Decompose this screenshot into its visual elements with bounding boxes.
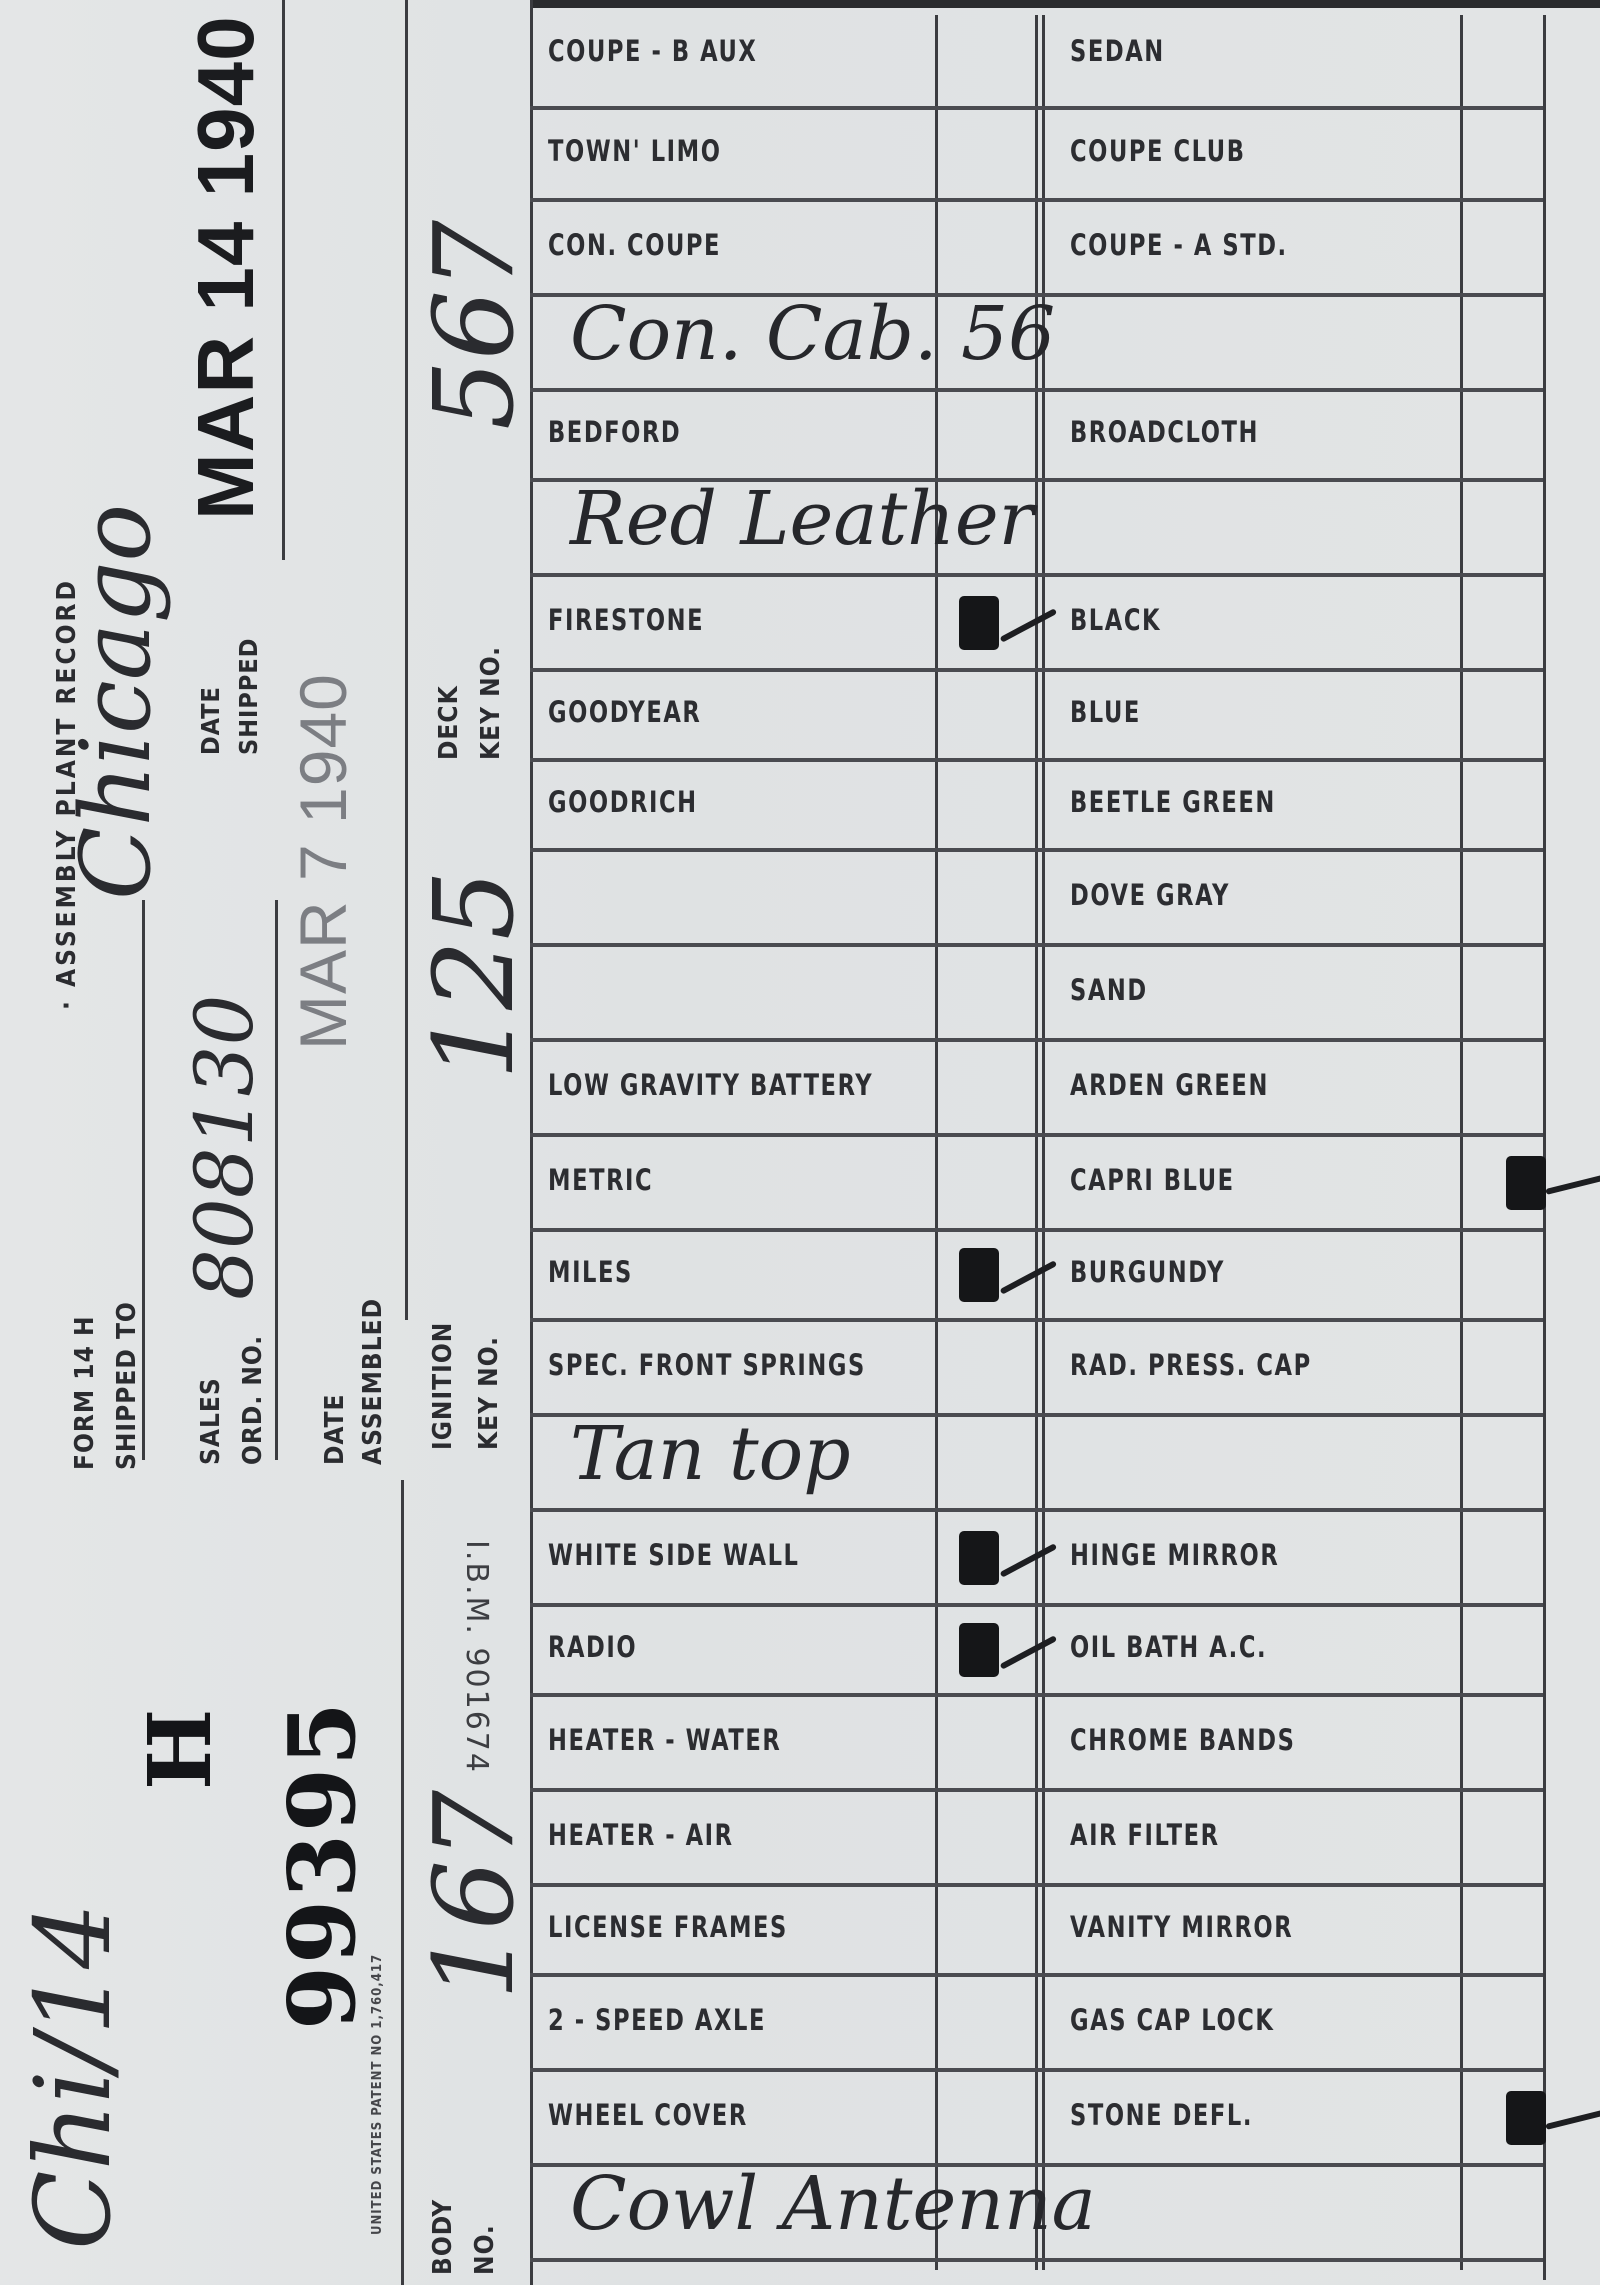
option-label-right: COUPE - A STD. bbox=[1070, 228, 1288, 262]
sales-ord-value: 808130 bbox=[178, 995, 271, 1300]
option-checkbox-left[interactable] bbox=[935, 1135, 1035, 1230]
rule-sales-order bbox=[275, 900, 278, 1460]
option-checkbox-left[interactable] bbox=[935, 760, 1035, 850]
deck-key-value: 125 bbox=[410, 870, 538, 1080]
option-label-right: GAS CAP LOCK bbox=[1070, 2003, 1274, 2037]
option-row: HEATER - AIRAIR FILTER bbox=[530, 1790, 1560, 1885]
option-checkbox-left[interactable] bbox=[935, 1605, 1035, 1695]
sales-ord-label: SALES bbox=[196, 1377, 226, 1465]
assembly-plant-record-card: FORM 14 H SHIPPED TO · ASSEMBLY PLANT RE… bbox=[0, 0, 1600, 2285]
option-label-right: ARDEN GREEN bbox=[1070, 1068, 1269, 1102]
shipped-to-value: Chicago bbox=[60, 504, 172, 900]
checkmark-filled-icon bbox=[1506, 1156, 1546, 1210]
body-no-label-2: NO. bbox=[470, 2224, 500, 2275]
option-label-right: DOVE GRAY bbox=[1070, 878, 1230, 912]
option-label-left: MILES bbox=[548, 1255, 633, 1289]
option-checkbox-right[interactable] bbox=[1460, 1790, 1543, 1885]
option-label-right: BEETLE GREEN bbox=[1070, 785, 1276, 819]
handwritten-note: Red Leather bbox=[570, 476, 1034, 562]
option-row: LOW GRAVITY BATTERYARDEN GREEN bbox=[530, 1040, 1560, 1135]
option-label-right: SAND bbox=[1070, 973, 1148, 1007]
option-label-right: VANITY MIRROR bbox=[1070, 1910, 1293, 1944]
option-label-right: BLACK bbox=[1070, 603, 1161, 637]
option-checkbox-left[interactable] bbox=[935, 2070, 1035, 2165]
row-divider bbox=[530, 2258, 1543, 2262]
option-checkbox-right[interactable] bbox=[1460, 1230, 1543, 1320]
option-label-right: OIL BATH A.C. bbox=[1070, 1630, 1267, 1664]
plant-annotation: Chi/14 bbox=[12, 1903, 134, 2250]
option-checkbox-right[interactable] bbox=[1460, 108, 1543, 200]
option-row: SAND bbox=[530, 945, 1560, 1040]
option-label-left: RADIO bbox=[548, 1630, 637, 1664]
option-row: GOODRICHBEETLE GREEN bbox=[530, 760, 1560, 850]
checkmark-filled-icon bbox=[959, 1531, 999, 1585]
option-row: FIRESTONEBLACK bbox=[530, 575, 1560, 670]
ignition-key-label: IGNITION bbox=[428, 1322, 458, 1450]
option-label-left: GOODRICH bbox=[548, 785, 698, 819]
option-row: DOVE GRAY bbox=[530, 850, 1560, 945]
option-checkbox-left[interactable] bbox=[935, 1885, 1035, 1975]
option-checkbox-right[interactable] bbox=[1460, 1885, 1543, 1975]
handwritten-row: Tan top bbox=[530, 1415, 1560, 1510]
date-shipped-label-2: SHIPPED bbox=[234, 638, 263, 755]
option-checkbox-right[interactable] bbox=[1460, 575, 1543, 670]
handwritten-note: Cowl Antenna bbox=[570, 2161, 1096, 2247]
option-checkbox-left[interactable] bbox=[935, 108, 1035, 200]
option-label-left: WHITE SIDE WALL bbox=[548, 1538, 800, 1572]
pen-tick-icon bbox=[1545, 2107, 1600, 2130]
pen-tick-icon bbox=[1000, 608, 1058, 642]
option-row: CON. COUPECOUPE - A STD. bbox=[530, 200, 1560, 295]
ignition-key-label-2: KEY NO. bbox=[474, 1336, 504, 1450]
body-no-prefix: H bbox=[130, 1708, 231, 1790]
option-label-left: WHEEL COVER bbox=[548, 2098, 748, 2132]
option-label-left: CON. COUPE bbox=[548, 228, 721, 262]
form-number-label: FORM 14 H bbox=[70, 1315, 100, 1470]
date-assembled-label: DATE bbox=[320, 1394, 350, 1465]
option-row: METRICCAPRI BLUE bbox=[530, 1135, 1560, 1230]
body-no-value: 99395 bbox=[268, 1700, 376, 2030]
option-checkbox-right[interactable] bbox=[1460, 1040, 1543, 1135]
option-label-right: BURGUNDY bbox=[1070, 1255, 1225, 1289]
option-checkbox-left[interactable] bbox=[935, 1975, 1035, 2070]
option-label-left: TOWN' LIMO bbox=[548, 134, 722, 168]
checkmark-filled-icon bbox=[959, 1248, 999, 1302]
option-label-right: CHROME BANDS bbox=[1070, 1723, 1295, 1757]
option-row: GOODYEARBLUE bbox=[530, 670, 1560, 760]
option-checkbox-left[interactable] bbox=[935, 390, 1035, 480]
option-row: LICENSE FRAMESVANITY MIRROR bbox=[530, 1885, 1560, 1975]
option-label-right: HINGE MIRROR bbox=[1070, 1538, 1279, 1572]
option-label-right: BROADCLOTH bbox=[1070, 415, 1259, 449]
option-label-left: FIRESTONE bbox=[548, 603, 704, 637]
option-checkbox-right[interactable] bbox=[1460, 1695, 1543, 1790]
option-checkbox-left[interactable] bbox=[935, 1695, 1035, 1790]
option-checkbox-left[interactable] bbox=[935, 0, 1035, 108]
pen-tick-icon bbox=[1000, 1635, 1058, 1669]
options-grid: COUPE - B AUXSEDANTOWN' LIMOCOUPE CLUBCO… bbox=[530, 0, 1560, 2285]
option-row: BEDFORDBROADCLOTH bbox=[530, 390, 1560, 480]
option-checkbox-right[interactable] bbox=[1460, 1320, 1543, 1415]
checkmark-filled-icon bbox=[959, 1623, 999, 1677]
rule-shipped-to bbox=[142, 900, 145, 1460]
option-row: TOWN' LIMOCOUPE CLUB bbox=[530, 108, 1560, 200]
option-label-left: HEATER - WATER bbox=[548, 1723, 781, 1757]
rule-date-shipped bbox=[282, 0, 285, 560]
pen-tick-icon bbox=[1000, 1543, 1058, 1577]
option-label-left: LOW GRAVITY BATTERY bbox=[548, 1068, 873, 1102]
date-assembled-stamp: MAR 7 1940 bbox=[285, 673, 361, 1050]
option-label-left: 2 - SPEED AXLE bbox=[548, 2003, 766, 2037]
body-no-label: BODY bbox=[428, 2199, 458, 2275]
option-checkbox-right[interactable] bbox=[1460, 1510, 1543, 1605]
option-checkbox-right[interactable] bbox=[1460, 1135, 1543, 1230]
option-checkbox-left[interactable] bbox=[935, 1510, 1035, 1605]
date-shipped-stamp: MAR 14 1940 bbox=[180, 15, 272, 520]
pen-tick-icon bbox=[1000, 1260, 1058, 1294]
option-row: COUPE - B AUXSEDAN bbox=[530, 0, 1560, 108]
handwritten-row: Con. Cab. 56 bbox=[530, 295, 1560, 390]
sales-ord-label-2: ORD. NO. bbox=[238, 1335, 268, 1465]
option-checkbox-left[interactable] bbox=[935, 945, 1035, 1040]
checkmark-filled-icon bbox=[1506, 2091, 1546, 2145]
option-label-left: GOODYEAR bbox=[548, 695, 701, 729]
handwritten-row: Red Leather bbox=[530, 480, 1560, 575]
option-row: WHITE SIDE WALLHINGE MIRROR bbox=[530, 1510, 1560, 1605]
option-label-left: BEDFORD bbox=[548, 415, 681, 449]
option-row: HEATER - WATERCHROME BANDS bbox=[530, 1695, 1560, 1790]
option-checkbox-left[interactable] bbox=[935, 670, 1035, 760]
option-label-left: METRIC bbox=[548, 1163, 653, 1197]
option-row: SPEC. FRONT SPRINGSRAD. PRESS. CAP bbox=[530, 1320, 1560, 1415]
deck-key-label-2: KEY NO. bbox=[476, 646, 506, 760]
checkmark-filled-icon bbox=[959, 596, 999, 650]
option-row: 2 - SPEED AXLEGAS CAP LOCK bbox=[530, 1975, 1560, 2070]
option-checkbox-right[interactable] bbox=[1460, 1605, 1543, 1695]
date-shipped-label: DATE bbox=[196, 686, 225, 755]
option-label-left: HEATER - AIR bbox=[548, 1818, 734, 1852]
option-checkbox-right[interactable] bbox=[1460, 670, 1543, 760]
option-checkbox-right[interactable] bbox=[1460, 2070, 1543, 2165]
option-label-right: SEDAN bbox=[1070, 34, 1165, 68]
handwritten-note: Tan top bbox=[570, 1411, 851, 1497]
option-checkbox-right[interactable] bbox=[1460, 200, 1543, 295]
option-checkbox-left[interactable] bbox=[935, 200, 1035, 295]
option-label-right: AIR FILTER bbox=[1070, 1818, 1220, 1852]
rule-body-no bbox=[401, 1480, 404, 2285]
option-label-right: COUPE CLUB bbox=[1070, 134, 1246, 168]
option-label-right: STONE DEFL. bbox=[1070, 2098, 1253, 2132]
option-checkbox-left[interactable] bbox=[935, 850, 1035, 945]
pen-tick-icon bbox=[1545, 1172, 1600, 1195]
option-checkbox-left[interactable] bbox=[935, 575, 1035, 670]
option-row: WHEEL COVERSTONE DEFL. bbox=[530, 2070, 1560, 2165]
option-label-right: BLUE bbox=[1070, 695, 1141, 729]
option-label-left: LICENSE FRAMES bbox=[548, 1910, 788, 1944]
rule-key-no bbox=[405, 0, 408, 1320]
date-assembled-label-2: ASSEMBLED bbox=[358, 1298, 388, 1465]
option-label-left: COUPE - B AUX bbox=[548, 34, 757, 68]
option-checkbox-left[interactable] bbox=[935, 1790, 1035, 1885]
ibm-number: I.B.M. 901674 bbox=[459, 1540, 494, 1774]
option-checkbox-right[interactable] bbox=[1460, 0, 1543, 108]
option-row: RADIOOIL BATH A.C. bbox=[530, 1605, 1560, 1695]
option-checkbox-left[interactable] bbox=[935, 1230, 1035, 1320]
option-checkbox-right[interactable] bbox=[1460, 760, 1543, 850]
option-checkbox-right[interactable] bbox=[1460, 945, 1543, 1040]
extra-note-top: 567 bbox=[410, 220, 538, 430]
handwritten-note: Con. Cab. 56 bbox=[570, 291, 1055, 377]
option-label-right: RAD. PRESS. CAP bbox=[1070, 1348, 1312, 1382]
option-checkbox-left[interactable] bbox=[935, 1040, 1035, 1135]
handwritten-row: Cowl Antenna bbox=[530, 2165, 1560, 2260]
option-checkbox-left[interactable] bbox=[935, 1320, 1035, 1415]
option-checkbox-right[interactable] bbox=[1460, 850, 1543, 945]
option-label-right: CAPRI BLUE bbox=[1070, 1163, 1235, 1197]
option-checkbox-right[interactable] bbox=[1460, 390, 1543, 480]
deck-key-label: DECK bbox=[434, 685, 464, 760]
option-label-left: SPEC. FRONT SPRINGS bbox=[548, 1348, 866, 1382]
ignition-key-value: 167 bbox=[410, 1790, 538, 2000]
option-row: MILESBURGUNDY bbox=[530, 1230, 1560, 1320]
shipped-to-label: SHIPPED TO bbox=[112, 1301, 142, 1470]
option-checkbox-right[interactable] bbox=[1460, 1975, 1543, 2070]
title-dot-icon: · bbox=[52, 987, 82, 1010]
